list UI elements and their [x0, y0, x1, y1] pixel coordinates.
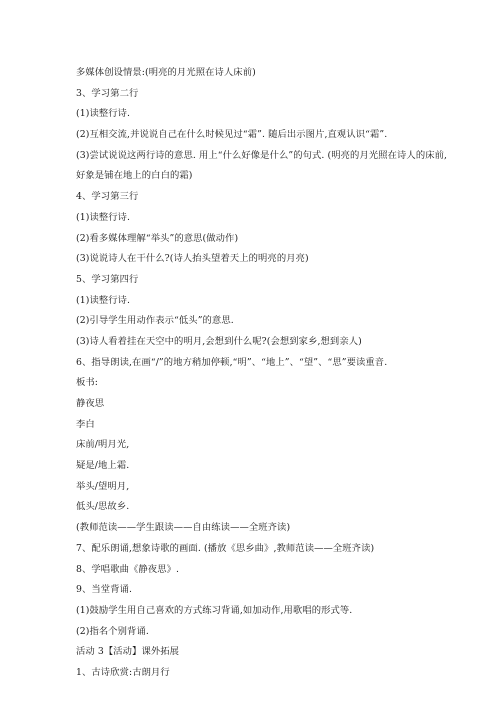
text-line: (1)鼓励学生用自己喜欢的方式练习背诵,如加动作,用歌唱的形式等. — [76, 601, 456, 622]
section-heading: 3、学习第二行 — [76, 84, 456, 105]
text-line: (2)看多媒体理解“举头”的意思(做动作) — [76, 229, 456, 250]
blackboard-label: 板书: — [76, 373, 456, 394]
text-line: (1)读整行诗. — [76, 291, 456, 312]
section-heading: 4、学习第三行 — [76, 187, 456, 208]
poem-title: 静夜思 — [76, 394, 456, 415]
document-page: 多媒体创设情景:(明亮的月光照在诗人床前) 3、学习第二行 (1)读整行诗. (… — [76, 63, 456, 684]
poem-line: 疑是/地上霜. — [76, 456, 456, 477]
text-line: 多媒体创设情景:(明亮的月光照在诗人床前) — [76, 63, 456, 84]
section-heading: 1、古诗欣赏:古朗月行 — [76, 663, 456, 684]
text-line: (1)读整行诗. — [76, 208, 456, 229]
text-line: (教师范读——学生跟读——自由练读——全班齐读) — [76, 518, 456, 539]
section-heading: 8、学唱歌曲《静夜思》. — [76, 560, 456, 581]
activity-heading: 活动 3【活动】课外拓展 — [76, 642, 456, 663]
section-heading: 6、指导朗读,在画“/”的地方稍加停顿,“明”、“地上”、“望”、“思”要读重音… — [76, 353, 456, 374]
text-line: (2)互相交流,并说说自己在什么时候见过“霜”. 随后出示图片,直观认识“霜”. — [76, 125, 456, 146]
section-heading: 9、当堂背诵. — [76, 580, 456, 601]
poem-line: 低头/思故乡. — [76, 497, 456, 518]
text-line: (3)尝试说说这两行诗的意思. 用上“什么好像是什么”的句式. (明亮的月光照在… — [76, 146, 456, 167]
text-line: (3)诗人看着挂在天空中的明月,会想到什么呢?(会想到家乡,想到亲人) — [76, 332, 456, 353]
poem-line: 举头/望明月, — [76, 477, 456, 498]
text-line: 好象是铺在地上的白白的霜) — [76, 166, 456, 187]
section-heading: 5、学习第四行 — [76, 270, 456, 291]
text-line: (2)引导学生用动作表示“低头”的意思. — [76, 311, 456, 332]
text-line: (1)读整行诗. — [76, 104, 456, 125]
section-heading: 7、配乐朗诵,想象诗歌的画面. (播放《思乡曲》,教师范读——全班齐读) — [76, 539, 456, 560]
text-line: (3)说说诗人在干什么?(诗人抬头望着天上的明亮的月亮) — [76, 249, 456, 270]
poem-line: 床前/明月光, — [76, 435, 456, 456]
text-line: (2)指名个别背诵. — [76, 622, 456, 643]
poem-author: 李白 — [76, 415, 456, 436]
